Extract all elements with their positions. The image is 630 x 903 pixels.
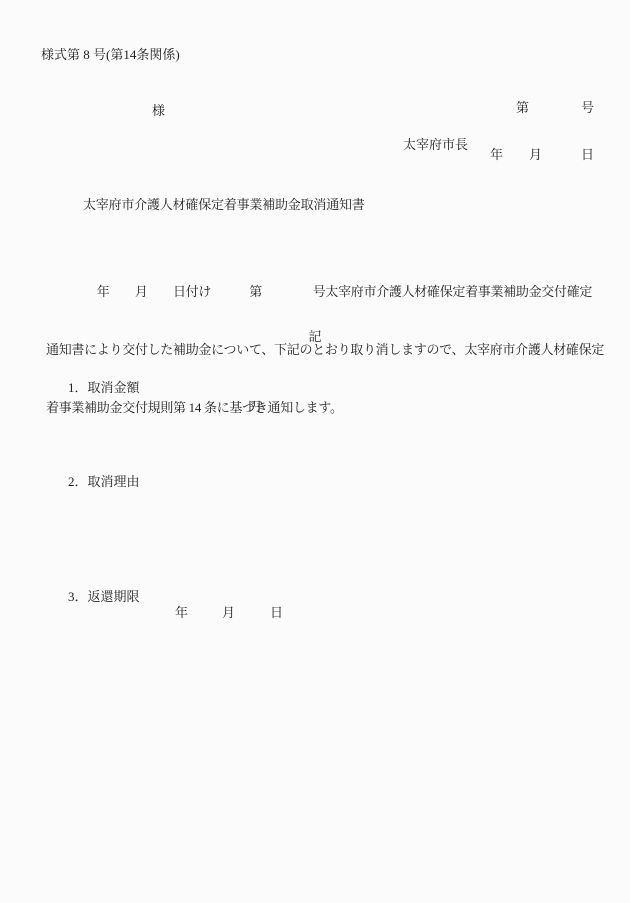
body-line: 着事業補助金交付規則第 14 条に基づき通知します。: [46, 398, 596, 417]
ki-marker: 記: [0, 330, 630, 343]
body-line: 年 月 日付け 第 号太宰府市介護人材確保定着事業補助金交付確定: [46, 282, 596, 301]
issue-date-line: 年 月 日: [490, 147, 594, 163]
reference-block: 第 号 年 月 日: [490, 69, 594, 193]
yen-unit-label: 円: [248, 400, 261, 413]
doc-number-line: 第 号: [490, 100, 594, 116]
document-title: 太宰府市介護人材確保定着事業補助金取消通知書: [83, 198, 365, 211]
item-cancellation-amount-label: 1．取消金額: [68, 381, 140, 394]
item-return-deadline-label: 3．返還期限: [68, 590, 140, 603]
deadline-month-label: 月: [222, 606, 235, 619]
deadline-day-label: 日: [270, 606, 283, 619]
form-number: 様式第 8 号(第14条関係): [41, 48, 180, 61]
document-page: 様式第 8 号(第14条関係) 第 号 年 月 日 様 太宰府市長 太宰府市介護…: [0, 0, 630, 903]
addressee-honorific: 様: [152, 104, 165, 117]
sender-name: 太宰府市長: [403, 138, 468, 151]
item-cancellation-reason-label: 2．取消理由: [68, 475, 140, 488]
body-paragraph: 年 月 日付け 第 号太宰府市介護人材確保定着事業補助金交付確定 通知書により交…: [46, 243, 596, 456]
deadline-year-label: 年: [175, 606, 188, 619]
